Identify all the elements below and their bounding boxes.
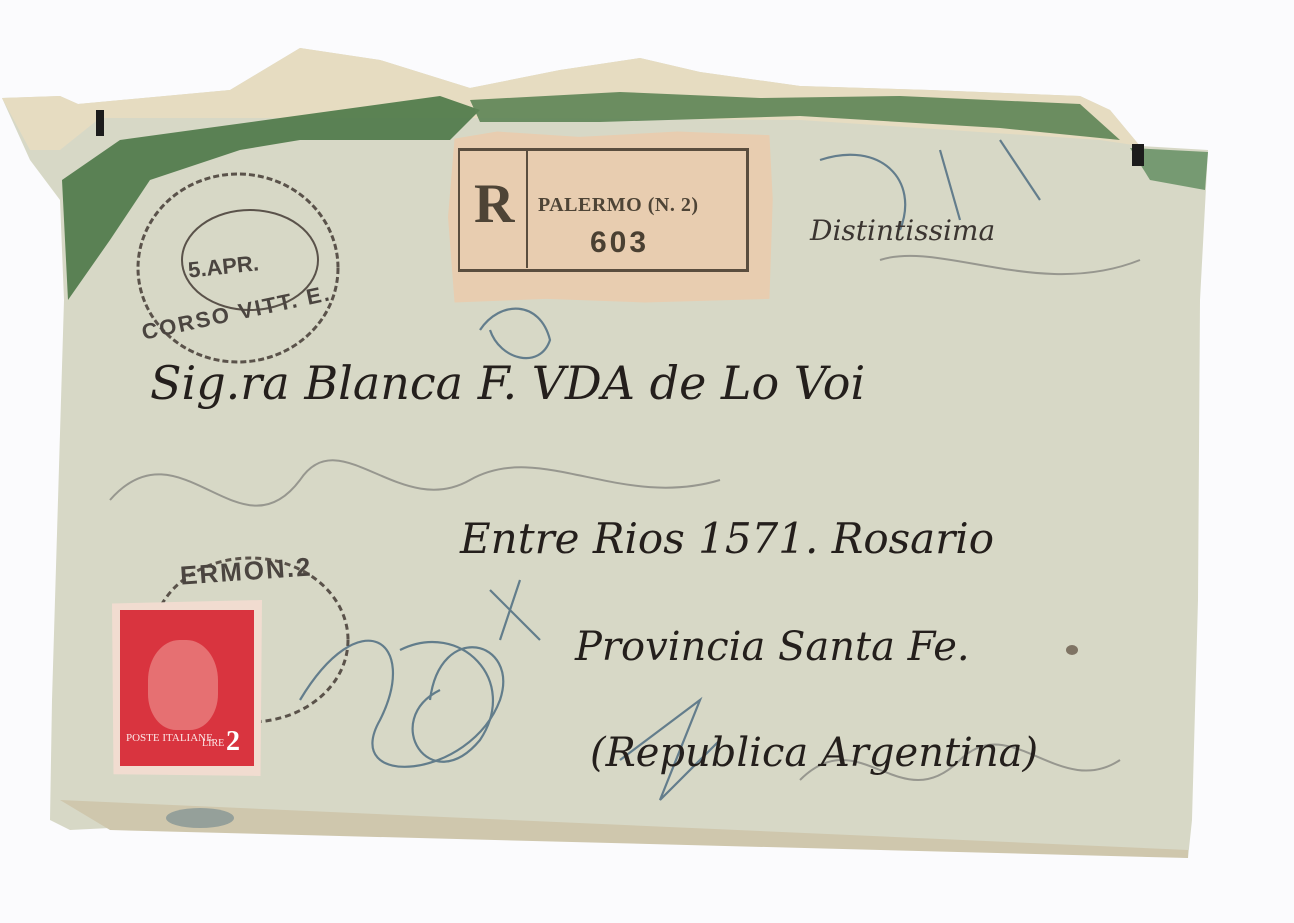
stamp-portrait <box>148 640 218 730</box>
registered-letter: R <box>474 172 514 236</box>
address-country: (Republica Argentina) <box>590 730 1038 776</box>
registration-number: 603 <box>590 226 649 260</box>
registration-office: PALERMO (N. 2) <box>538 194 699 217</box>
registration-label: R PALERMO (N. 2) 603 <box>448 128 776 306</box>
salutation-notation: Distintissima <box>810 214 995 247</box>
address-street: Entre Rios 1571. Rosario <box>460 514 994 563</box>
stamp-design: POSTE ITALIANE LIRE 2 <box>120 610 254 766</box>
stamp-value: 2 <box>226 726 240 758</box>
envelope-photo: R PALERMO (N. 2) 603 5.APR. CORSO VITT. … <box>0 0 1294 923</box>
address-recipient: Sig.ra Blanca F. VDA de Lo Voi <box>150 356 865 410</box>
stamp-country: POSTE ITALIANE <box>126 732 213 745</box>
label-divider <box>526 150 528 268</box>
stamp-currency: LIRE <box>202 738 224 749</box>
address-province: Provincia Santa Fe. <box>575 624 970 670</box>
postage-stamp: POSTE ITALIANE LIRE 2 <box>112 600 262 776</box>
